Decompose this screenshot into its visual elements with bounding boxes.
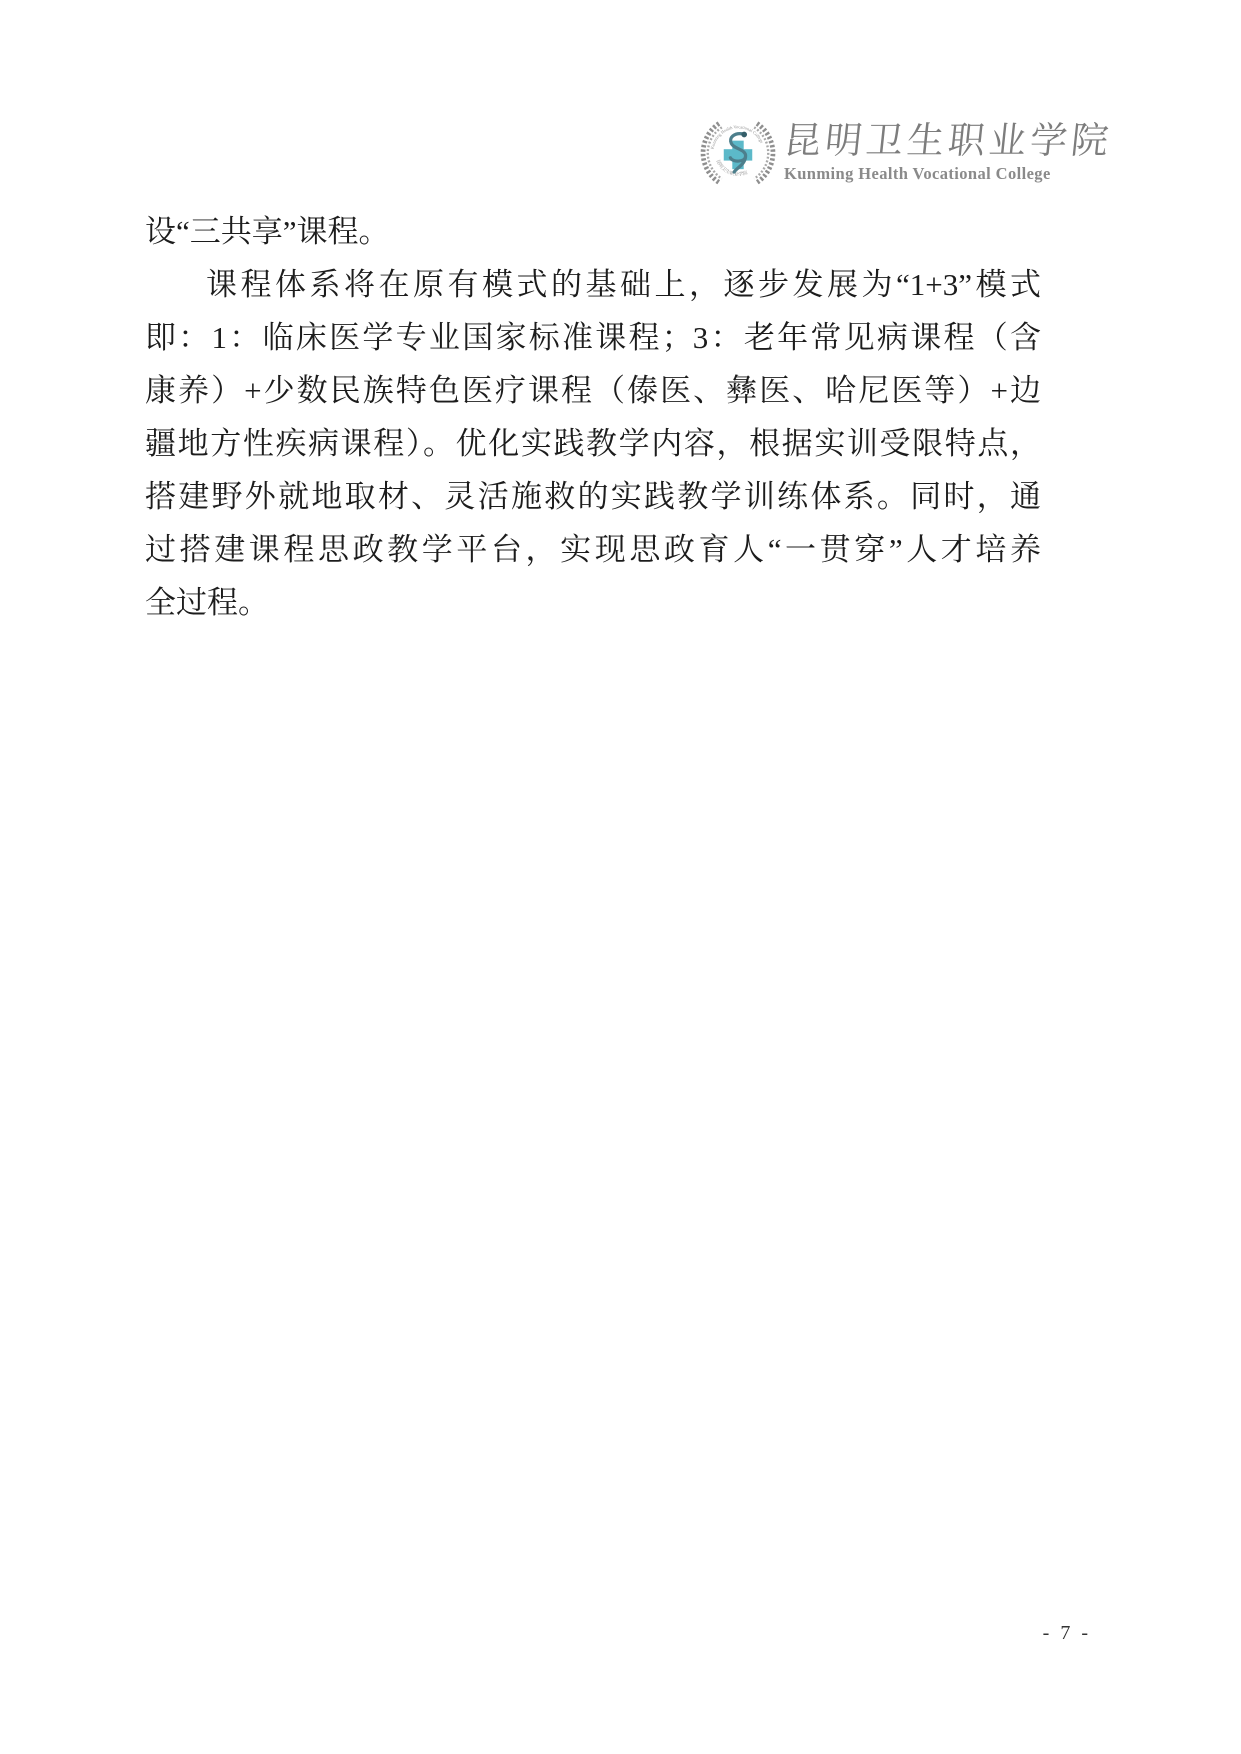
body-line-7: 过搭建课程思政教学平台，实现思政育人“一贯穿”人才培养 (145, 523, 1041, 576)
body-line-8: 全过程。 (145, 576, 1041, 629)
college-seal-icon: Kunming Health Vocational College 昆明卫生职业… (700, 115, 776, 191)
body-line-5: 疆地方性疾病课程）。优化实践教学内容，根据实训受限特点， (145, 417, 1041, 470)
medical-cross-icon (724, 141, 753, 170)
page-number: - 7 - (1043, 1622, 1091, 1645)
college-names: 昆明卫生职业学院 Kunming Health Vocational Colle… (784, 122, 1112, 184)
college-name-chinese: 昆明卫生职业学院 (782, 122, 1114, 162)
college-name-english: Kunming Health Vocational College (784, 164, 1112, 184)
body-line-1: 设“三共享”课程。 (145, 205, 1041, 258)
body-line-2: 课程体系将在原有模式的基础上，逐步发展为“1+3”模式 (145, 258, 1041, 311)
document-page: Kunming Health Vocational College 昆明卫生职业… (0, 0, 1241, 1754)
document-body-text: 设“三共享”课程。 课程体系将在原有模式的基础上，逐步发展为“1+3”模式 即：… (145, 205, 1041, 629)
body-line-3: 即：1：临床医学专业国家标准课程；3：老年常见病课程（含 (145, 311, 1041, 364)
letterhead: Kunming Health Vocational College 昆明卫生职业… (700, 112, 1045, 194)
body-line-4: 康养）+少数民族特色医疗课程（傣医、彝医、哈尼医等）+边 (145, 364, 1041, 417)
body-line-6: 搭建野外就地取材、灵活施救的实践教学训练体系。同时，通 (145, 470, 1041, 523)
